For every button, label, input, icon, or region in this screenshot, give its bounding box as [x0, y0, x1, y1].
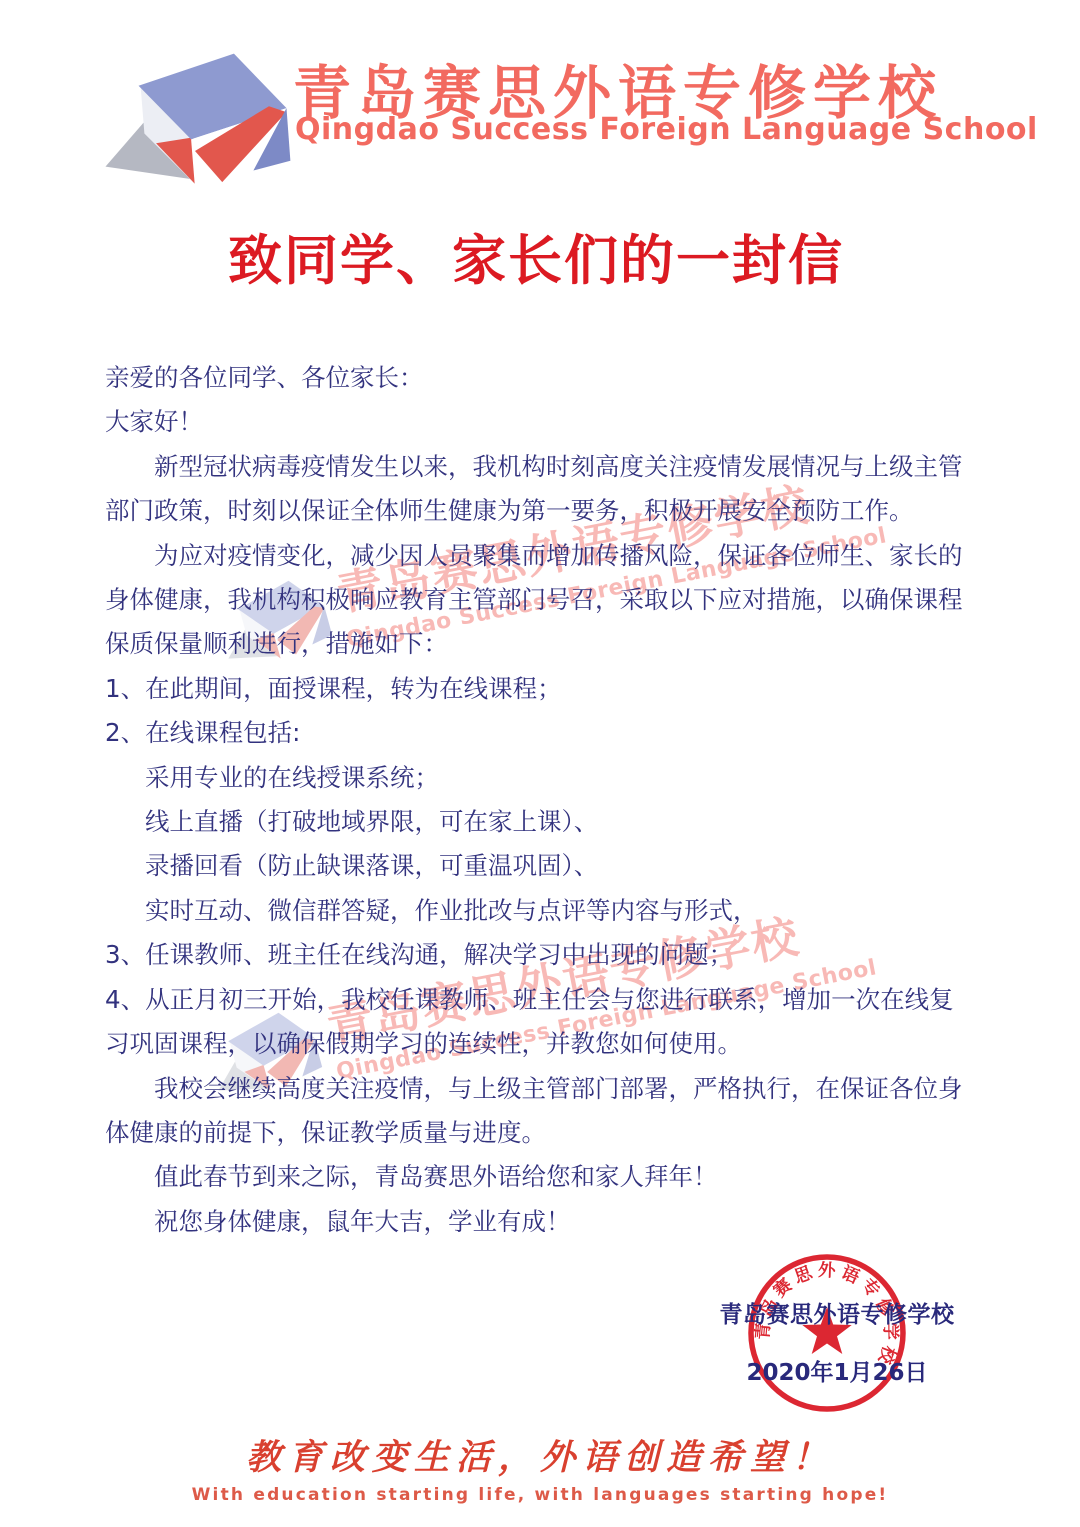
body-line: 为应对疫情变化，减少因人员聚集而增加传播风险，保证各位师生、家长的	[105, 534, 990, 578]
body-line: 保质保量顺利进行，措施如下：	[105, 622, 990, 666]
school-name-en: Qingdao Success Foreign Language School	[295, 112, 1038, 147]
body-line: 值此春节到来之际，青岛赛思外语给您和家人拜年！	[105, 1155, 990, 1199]
body-line: 我校会继续高度关注疫情，与上级主管部门部署，严格执行，在保证各位身	[105, 1067, 990, 1111]
body-line: 1、在此期间，面授课程，转为在线课程；	[105, 667, 990, 711]
body-line: 祝您身体健康，鼠年大吉，学业有成！	[105, 1200, 990, 1244]
body-line: 习巩固课程，以确保假期学习的连续性，并教您如何使用。	[105, 1022, 990, 1066]
body-line: 大家好！	[105, 400, 990, 444]
signature-school: 青岛赛思外语专修学校	[712, 1296, 962, 1329]
body-line: 3、任课教师、班主任在线沟通，解决学习中出现的问题；	[105, 933, 990, 977]
body-line: 4、从正月初三开始，我校任课教师、班主任会与您进行联系，增加一次在线复	[105, 978, 990, 1022]
letter-body: 亲爱的各位同学、各位家长： 大家好！ 新型冠状病毒疫情发生以来，我机构时刻高度关…	[105, 356, 990, 1244]
body-line: 体健康的前提下，保证教学质量与进度。	[105, 1111, 990, 1155]
body-line: 采用专业的在线授课系统；	[105, 756, 990, 800]
letter-title: 致同学、家长们的一封信	[228, 218, 844, 295]
body-line: 实时互动、微信群答疑，作业批改与点评等内容与形式，	[105, 889, 990, 933]
signature-block: 青岛赛思外语专修学校 2020年1月26日	[712, 1296, 962, 1387]
body-line: 线上直播（打破地域界限，可在家上课）、	[105, 800, 990, 844]
body-line: 录播回看（防止缺课落课，可重温巩固）、	[105, 844, 990, 888]
school-logo	[96, 42, 294, 188]
body-line: 2、在线课程包括:	[105, 711, 990, 755]
footer-slogan: 教育改变生活，外语创造希望！ With education starting l…	[0, 1430, 1080, 1505]
body-line: 身体健康，我机构积极响应教育主管部门号召，采取以下应对措施，以确保课程	[105, 578, 990, 622]
signature-date: 2020年1月26日	[712, 1354, 962, 1387]
body-line: 部门政策，时刻以保证全体师生健康为第一要务，积极开展安全预防工作。	[105, 489, 990, 533]
body-line: 亲爱的各位同学、各位家长：	[105, 356, 990, 400]
slogan-cn: 教育改变生活，外语创造希望！	[0, 1430, 1080, 1480]
slogan-en: With education starting life, with langu…	[0, 1485, 1080, 1505]
letter-page: 青岛赛思外语专修学校 Qingdao Success Foreign Langu…	[0, 0, 1080, 1527]
body-line: 新型冠状病毒疫情发生以来，我机构时刻高度关注疫情发展情况与上级主管	[105, 445, 990, 489]
